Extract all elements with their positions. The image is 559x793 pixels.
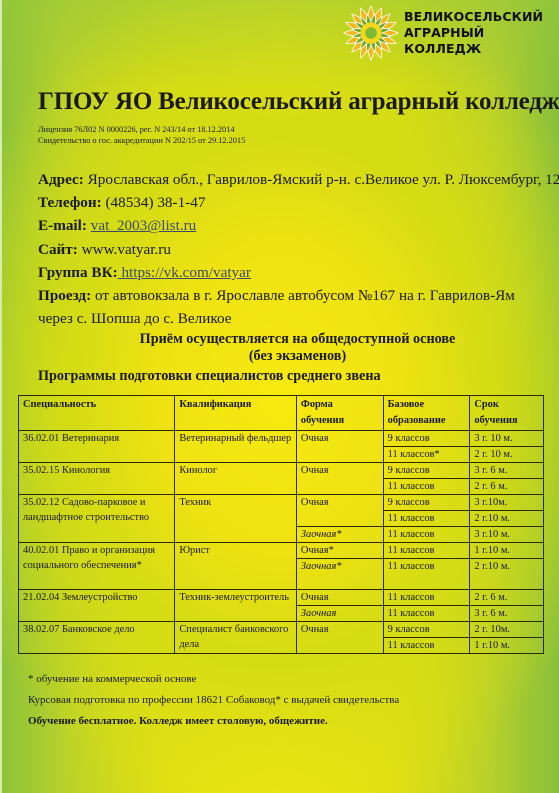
- contacts-block: Адрес: Ярославская обл., Гаврилов-Ямский…: [38, 168, 559, 330]
- base-education-cell: 11 классов: [383, 543, 470, 559]
- address-value: Ярославская обл., Гаврилов-Ямский р-н. с…: [84, 171, 559, 188]
- base-education-cell: 11 классов: [383, 527, 470, 543]
- college-logo: ВЕЛИКОСЕЛЬСКИЙ АГРАРНЫЙ КОЛЛЕДЖ: [342, 4, 543, 62]
- form-cell: Очная: [296, 495, 383, 527]
- duration-cell: 3 г.10 м.: [470, 527, 544, 543]
- table-row: 38.02.07 Банковское делоСпециалист банко…: [19, 622, 544, 638]
- email-label: E-mail:: [38, 217, 87, 234]
- free-education-note: Обучение бесплатное. Колледж имеет столо…: [28, 711, 399, 732]
- site-line: Сайт: www.vatyar.ru: [38, 238, 559, 261]
- qualification-cell: Ветеринарный фельдшер: [175, 431, 297, 463]
- qualification-cell: Юрист: [175, 543, 297, 590]
- programs-table: Специальность Квалификация Форма обучени…: [18, 395, 544, 654]
- site-label: Сайт:: [38, 241, 78, 258]
- base-education-cell: 9 классов: [383, 495, 470, 511]
- base-education-cell: 9 классов: [383, 463, 470, 479]
- header-duration: Срок обучения: [470, 396, 544, 431]
- base-education-cell: 9 классов: [383, 622, 470, 638]
- logo-line-3: КОЛЛЕДЖ: [404, 41, 543, 57]
- form-cell: Очная: [296, 622, 383, 654]
- qualification-cell: Техник: [175, 495, 297, 543]
- base-education-cell: 11 классов*: [383, 447, 470, 463]
- base-education-cell: 11 классов: [383, 479, 470, 495]
- duration-cell: 2 г.10 м.: [470, 511, 544, 527]
- programs-heading: Программы подготовки специалистов средне…: [38, 368, 381, 385]
- no-exams-note: (без экзаменов): [18, 347, 559, 365]
- email-link[interactable]: vat_2003@list.ru: [91, 217, 197, 234]
- form-cell: Очная: [296, 431, 383, 463]
- table-row: 35.02.12 Садово-парковое и ландшафтное с…: [19, 495, 544, 511]
- duration-cell: 1 г.10 м.: [470, 638, 544, 654]
- specialty-cell: 35.02.12 Садово-парковое и ландшафтное с…: [19, 495, 175, 543]
- duration-cell: 2 г. 10м.: [470, 622, 544, 638]
- license-info: Лицензия 76Л02 N 0000226, рег. N 243/14 …: [38, 125, 245, 146]
- admission-heading: Приём осуществляется на общедоступной ос…: [18, 330, 559, 348]
- programs-body: 36.02.01 ВетеринарияВетеринарный фельдше…: [19, 431, 544, 654]
- duration-cell: 3 г. 10 м.: [470, 431, 544, 447]
- base-education-cell: 11 классов: [383, 559, 470, 590]
- base-education-cell: 11 классов: [383, 638, 470, 654]
- qualification-cell: Техник-землеустроитель: [175, 590, 297, 622]
- route-label: Проезд:: [38, 287, 91, 304]
- duration-cell: 2 г. 10 м.: [470, 447, 544, 463]
- header-specialty: Специальность: [19, 396, 175, 431]
- table-row: 40.02.01 Право и организация социального…: [19, 543, 544, 559]
- form-cell: Заочная*: [296, 527, 383, 543]
- accreditation-line: Свидетельство о гос. аккредитации N 202/…: [38, 136, 245, 147]
- email-line: E-mail: vat_2003@list.ru: [38, 214, 559, 237]
- header-form: Форма обучения: [296, 396, 383, 431]
- route-line: Проезд: от автовокзала в г. Ярославле ав…: [38, 284, 559, 307]
- route-line-2: через с. Шопша до с. Великое: [38, 307, 559, 330]
- vk-link[interactable]: https://vk.com/vatyar: [118, 264, 251, 281]
- form-cell: Очная: [296, 463, 383, 495]
- specialty-cell: 40.02.01 Право и организация социального…: [19, 543, 175, 590]
- qualification-cell: Специалист банковского дела: [175, 622, 297, 654]
- form-cell: Заочная: [296, 606, 383, 622]
- address-label: Адрес:: [38, 171, 84, 188]
- table-row: 36.02.01 ВетеринарияВетеринарный фельдше…: [19, 431, 544, 447]
- form-cell: Очная: [296, 590, 383, 606]
- header-base-education: Базовое образование: [383, 396, 470, 431]
- address-line: Адрес: Ярославская обл., Гаврилов-Ямский…: [38, 168, 559, 191]
- logo-text: ВЕЛИКОСЕЛЬСКИЙ АГРАРНЫЙ КОЛЛЕДЖ: [404, 9, 543, 57]
- base-education-cell: 11 классов: [383, 511, 470, 527]
- flyer-page: ВЕЛИКОСЕЛЬСКИЙ АГРАРНЫЙ КОЛЛЕДЖ ГПОУ ЯО …: [0, 0, 559, 793]
- duration-cell: 2 г. 6 м.: [470, 479, 544, 495]
- vk-line: Группа ВК: https://vk.com/vatyar: [38, 261, 559, 284]
- duration-cell: 3 г. 6 м.: [470, 463, 544, 479]
- table-row: 35.02.15 КинологияКинологОчная9 классов3…: [19, 463, 544, 479]
- form-cell: Очная*: [296, 543, 383, 559]
- notes-block: * обучение на коммерческой основе Курсов…: [28, 669, 399, 732]
- specialty-cell: 38.02.07 Банковское дело: [19, 622, 175, 654]
- logo-line-2: АГРАРНЫЙ: [404, 25, 543, 41]
- specialty-cell: 36.02.01 Ветеринария: [19, 431, 175, 463]
- header-qualification: Квалификация: [175, 396, 297, 431]
- specialty-cell: 21.02.04 Землеустройство: [19, 590, 175, 622]
- page-title: ГПОУ ЯО Великосельский аграрный колледж: [38, 88, 559, 116]
- base-education-cell: 11 классов: [383, 590, 470, 606]
- site-value: www.vatyar.ru: [78, 241, 171, 258]
- duration-cell: 2 г.10 м.: [470, 559, 544, 590]
- specialty-cell: 35.02.15 Кинология: [19, 463, 175, 495]
- base-education-cell: 11 классов: [383, 606, 470, 622]
- sunflower-logo-icon: [342, 4, 400, 62]
- duration-cell: 2 г. 6 м.: [470, 590, 544, 606]
- table-header-row: Специальность Квалификация Форма обучени…: [19, 396, 544, 431]
- course-note: Курсовая подготовка по профессии 18621 С…: [28, 690, 399, 711]
- qualification-cell: Кинолог: [175, 463, 297, 495]
- logo-line-1: ВЕЛИКОСЕЛЬСКИЙ: [404, 9, 543, 25]
- duration-cell: 3 г.10м.: [470, 495, 544, 511]
- commercial-note: * обучение на коммерческой основе: [28, 669, 399, 690]
- route-value: от автовокзала в г. Ярославле автобусом …: [91, 287, 515, 304]
- table-row: 21.02.04 ЗемлеустройствоТехник-землеустр…: [19, 590, 544, 606]
- phone-line: Телефон: (48534) 38-1-47: [38, 191, 559, 214]
- form-cell: Заочная*: [296, 559, 383, 590]
- phone-value: (48534) 38-1-47: [102, 194, 206, 211]
- duration-cell: 3 г. 6 м.: [470, 606, 544, 622]
- duration-cell: 1 г.10 м.: [470, 543, 544, 559]
- vk-label: Группа ВК:: [38, 264, 118, 281]
- phone-label: Телефон:: [38, 194, 102, 211]
- license-line: Лицензия 76Л02 N 0000226, рег. N 243/14 …: [38, 125, 245, 136]
- base-education-cell: 9 классов: [383, 431, 470, 447]
